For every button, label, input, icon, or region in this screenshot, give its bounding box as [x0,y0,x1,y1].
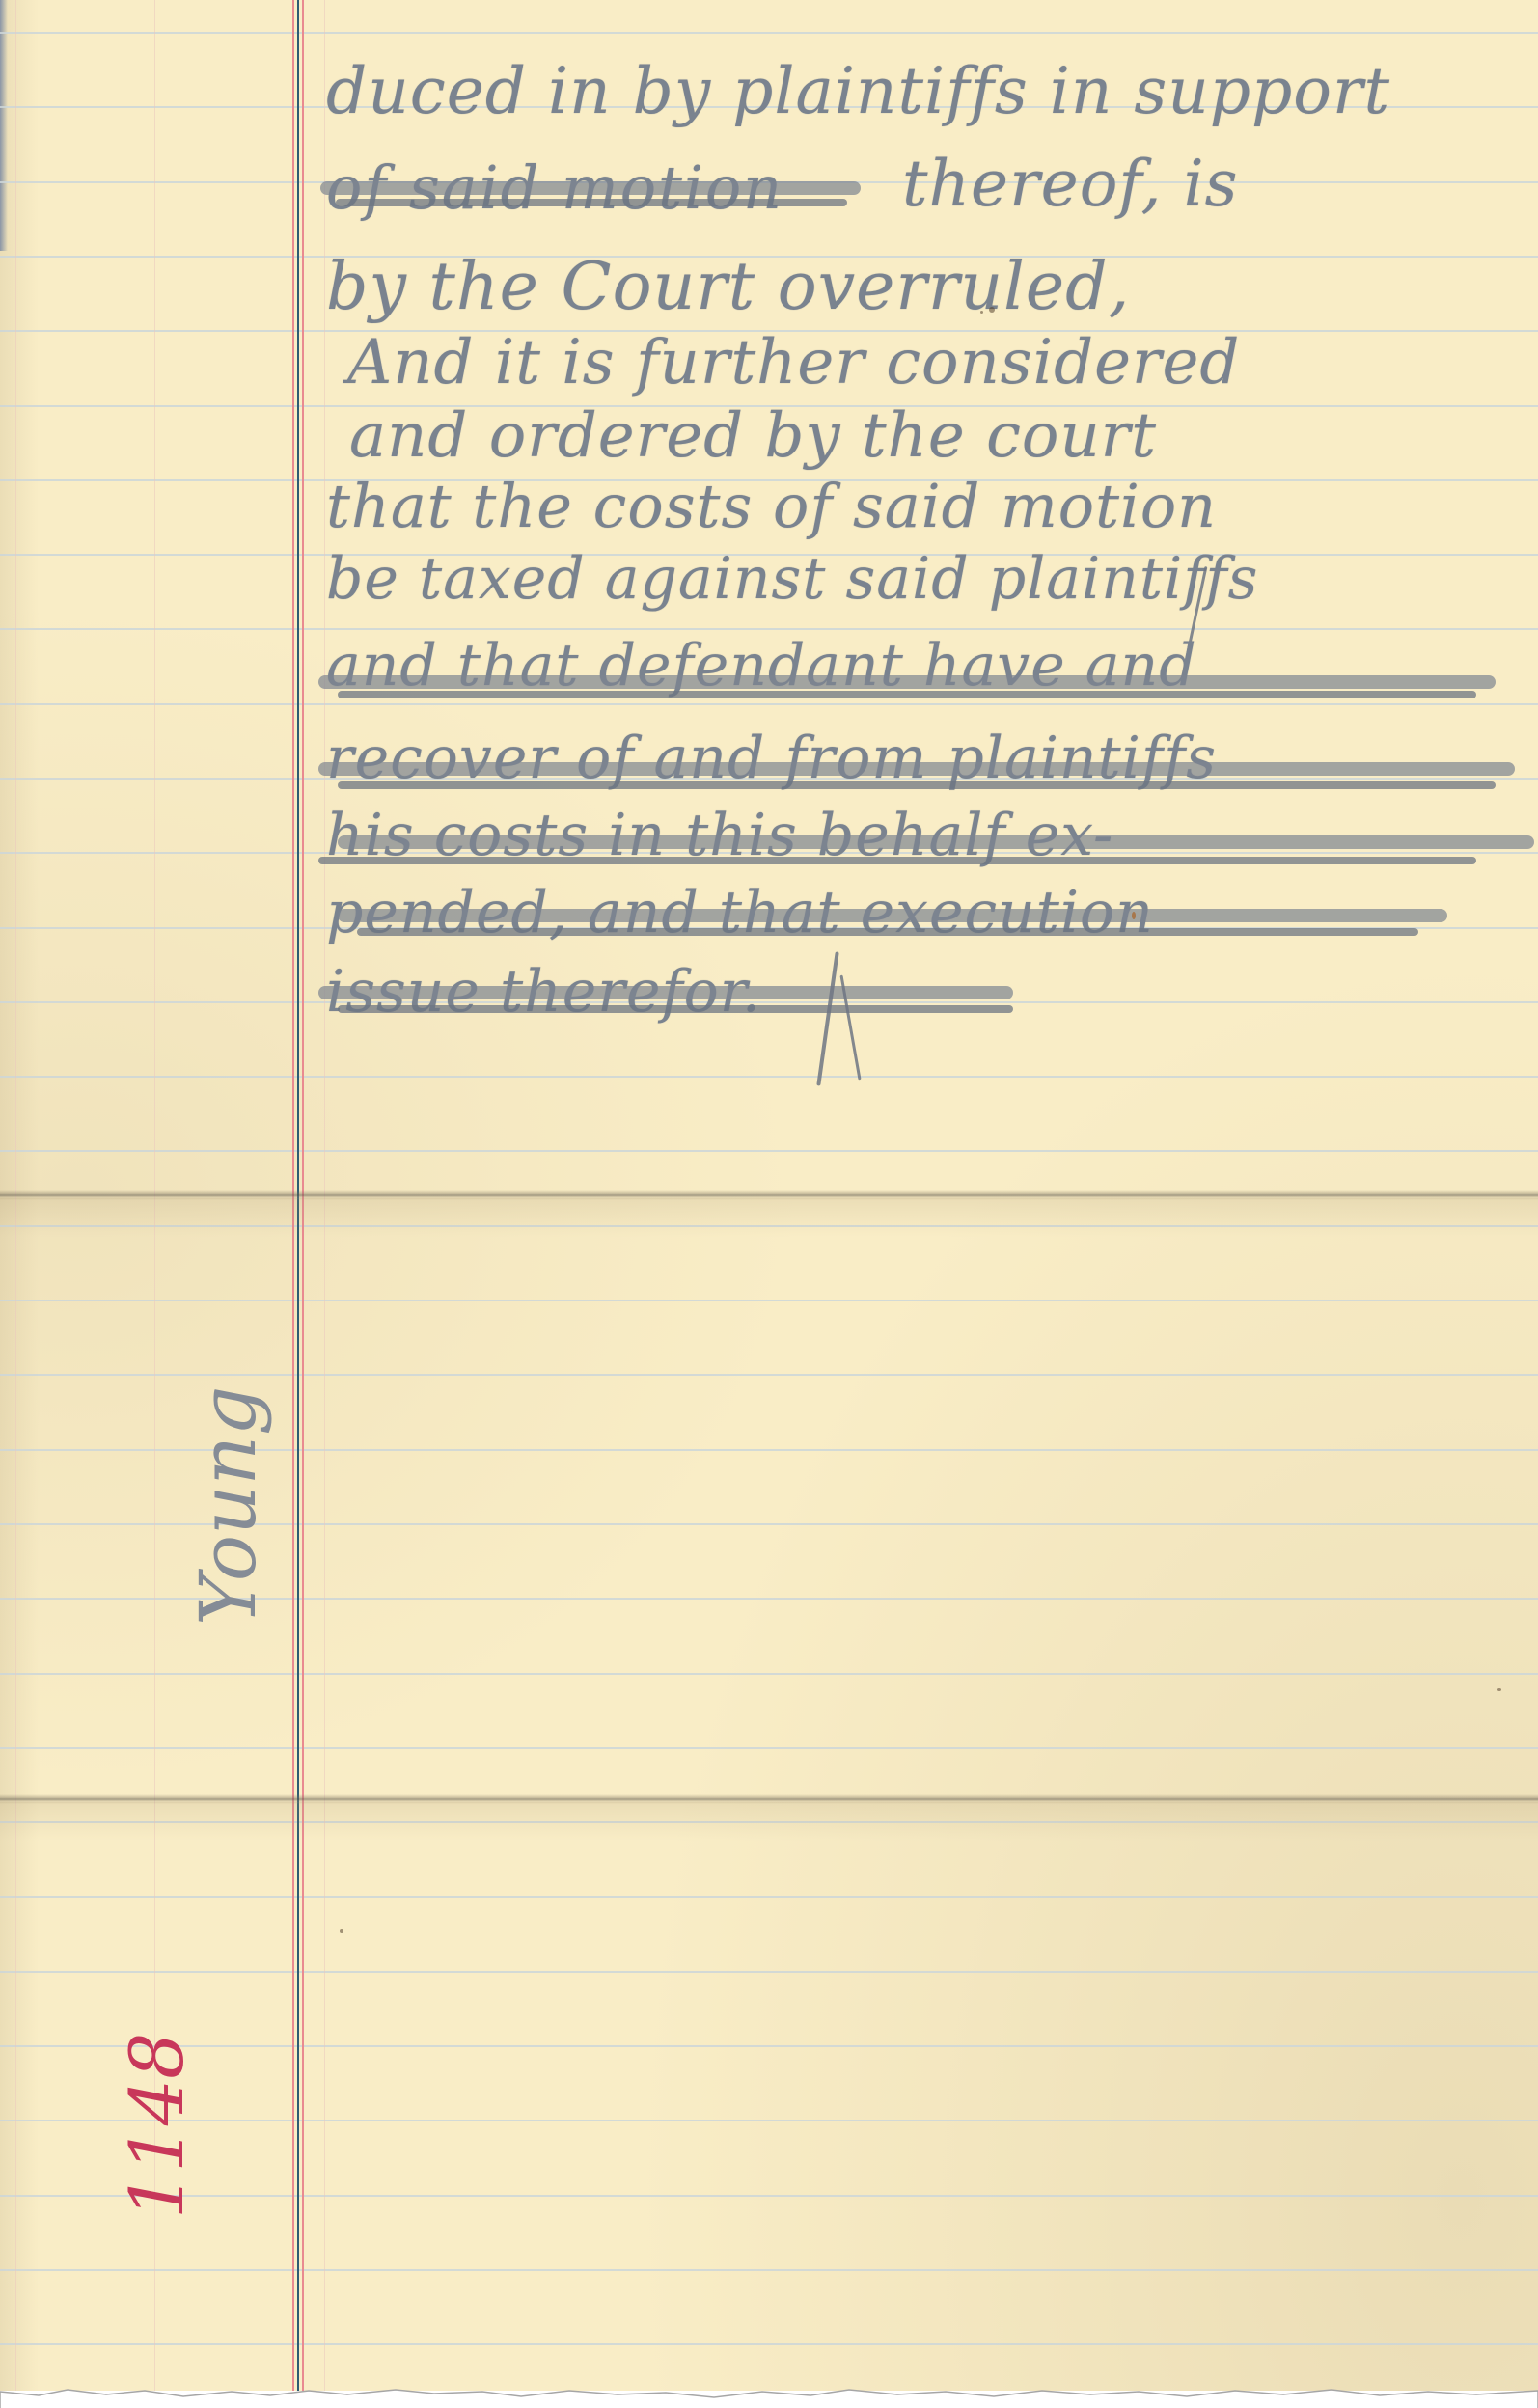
ruled-line [0,2269,1538,2271]
strike-through [338,691,1476,698]
strike-through [318,857,1476,864]
margin-note-name: Young [183,1386,273,1626]
ruled-line [0,1374,1538,1376]
handwriting-line: be taxed against said plaintiffs [326,550,1258,608]
fold-shadow [0,1198,1538,1237]
ruled-line [0,1076,1538,1078]
strike-through [338,835,1534,849]
ruled-line [0,1673,1538,1675]
ruled-line [0,1001,1538,1003]
handwriting-line: And it is further considered [347,332,1240,394]
page-edge-shadow [0,0,8,251]
ruled-line [0,32,1538,34]
strike-through [320,181,861,195]
strike-through [318,986,1013,999]
ruled-line [0,2120,1538,2121]
document-page: duced in by plaintiffs in support of sai… [0,0,1538,2391]
paper-speck [340,1929,343,1933]
ruled-line [0,2195,1538,2197]
strike-through [318,675,1496,689]
strike-through [338,1005,1013,1013]
paper-speck [980,311,983,314]
strike-through [338,909,1447,922]
ruled-line [0,628,1538,630]
margin-note-number: 1148 [114,2033,200,2219]
paper-speck [1497,1688,1501,1691]
pencil-mark [816,951,838,1085]
ruled-line [0,703,1538,705]
struck-line: recover of and from plaintiffs [326,729,1217,787]
ruled-line [0,1971,1538,1973]
strike-through [318,762,1515,776]
ruled-line [0,2045,1538,2047]
strike-through [357,928,1418,936]
torn-bottom-edge [0,2386,1538,2408]
strike-through [336,199,847,206]
ruled-line [0,1300,1538,1301]
ruled-line [0,1747,1538,1749]
ruled-line [0,1896,1538,1898]
handwriting-line: and ordered by the court [349,405,1157,467]
strike-through [338,781,1496,789]
handwriting-line: thereof, is [902,152,1238,216]
ruled-line [0,2343,1538,2345]
paper-speck [1132,912,1136,919]
handwriting-line: duced in by plaintiffs in support [326,60,1390,123]
handwriting-line: that the costs of said motion [326,477,1217,536]
fold-shadow [0,1802,1538,1841]
ruled-line [0,1150,1538,1152]
paper-speck [989,307,995,313]
handwriting-line: by the Court overruled, [326,255,1130,320]
handwriting-line-partially-struck: of said motion [326,158,783,218]
